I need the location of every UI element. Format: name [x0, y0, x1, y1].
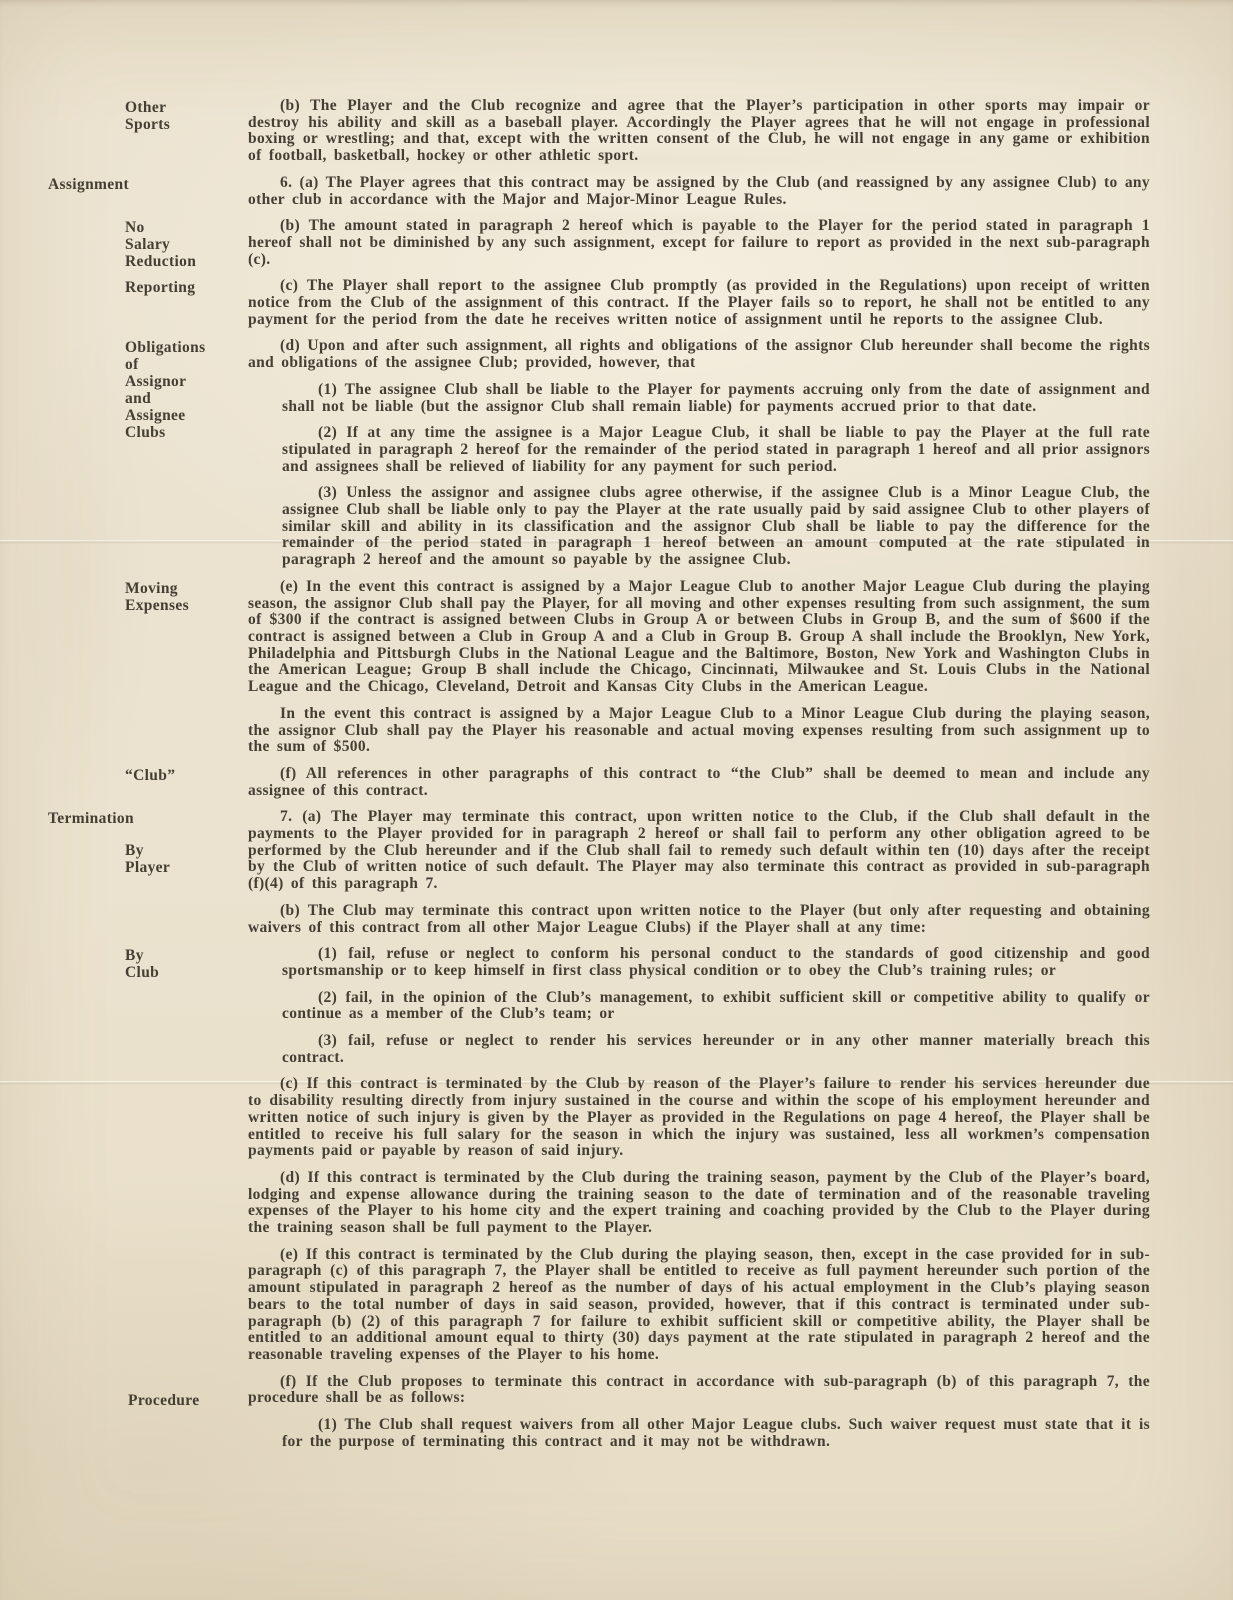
section-no-salary-reduction: No Salary Reduction (b) The amount state…	[248, 218, 1150, 268]
margin-label-obligations: Obligations of Assignor and Assignee Clu…	[125, 339, 243, 441]
paragraph-6e-minor-league: In the event this contract is assigned b…	[248, 706, 1150, 756]
section-obligations: Obligations of Assignor and Assignee Clu…	[248, 338, 1150, 568]
section-reporting: Reporting (c) The Player shall report to…	[248, 278, 1150, 328]
subparagraph-7b-1: (1) fail, refuse or neglect to conform h…	[282, 946, 1150, 979]
margin-label-moving-expenses: Moving Expenses	[125, 580, 243, 614]
section-other-sports: Other Sports (b) The Player and the Club…	[248, 98, 1150, 165]
paragraph-6c-reporting: (c) The Player shall report to the assig…	[248, 278, 1150, 328]
margin-label-by-club: By Club	[125, 947, 243, 981]
margin-label-other-sports: Other Sports	[125, 99, 243, 133]
paragraph-6e-moving-expenses: (e) In the event this contract is assign…	[248, 579, 1150, 696]
subparagraph-6d-2: (2) If at any time the assignee is a Maj…	[282, 425, 1150, 475]
margin-label-reporting: Reporting	[125, 279, 243, 296]
paragraph-7b-by-club: (b) The Club may terminate this contract…	[248, 903, 1150, 936]
margin-label-club: “Club”	[125, 767, 243, 784]
paragraph-7f-procedure: (f) If the Club proposes to terminate th…	[248, 1374, 1150, 1407]
margin-label-by-player: By Player	[125, 842, 243, 876]
paragraph-7e-playing-season: (e) If this contract is terminated by th…	[248, 1247, 1150, 1364]
section-procedure: Procedure (f) If the Club proposes to te…	[248, 1374, 1150, 1451]
section-termination-d: (d) If this contract is terminated by th…	[248, 1170, 1150, 1237]
margin-label-no-salary-reduction: No Salary Reduction	[125, 219, 243, 270]
subparagraph-7b-3: (3) fail, refuse or neglect to render hi…	[282, 1033, 1150, 1066]
paragraph-6a-assignment: 6. (a) The Player agrees that this contr…	[248, 175, 1150, 208]
section-moving-expenses: Moving Expenses (e) In the event this co…	[248, 579, 1150, 756]
section-termination-by-club: By Club (b) The Club may terminate this …	[248, 903, 1150, 1067]
margin-label-assignment: Assignment	[48, 176, 166, 193]
paragraph-7a-termination: 7. (a) The Player may terminate this con…	[248, 809, 1150, 893]
paragraph-6d-obligations: (d) Upon and after such assignment, all …	[248, 338, 1150, 371]
section-termination-by-player: Termination By Player 7. (a) The Player …	[248, 809, 1150, 893]
paragraph-other-sports-b: (b) The Player and the Club recognize an…	[248, 98, 1150, 165]
paragraph-7d-training-season: (d) If this contract is terminated by th…	[248, 1170, 1150, 1237]
subparagraph-6d-3: (3) Unless the assignor and assignee clu…	[282, 485, 1150, 569]
margin-label-termination: Termination	[48, 810, 166, 827]
subparagraph-6d-1: (1) The assignee Club shall be liable to…	[282, 382, 1150, 415]
subparagraph-7b-2: (2) fail, in the opinion of the Club’s m…	[282, 990, 1150, 1023]
subparagraph-7f-1: (1) The Club shall request waivers from …	[282, 1417, 1150, 1450]
paragraph-7c-injury: (c) If this contract is terminated by th…	[248, 1076, 1150, 1160]
paragraph-6f-club: (f) All references in other paragraphs o…	[248, 766, 1150, 799]
section-assignment: Assignment 6. (a) The Player agrees that…	[248, 175, 1150, 208]
section-termination-e: (e) If this contract is terminated by th…	[248, 1247, 1150, 1364]
section-club-definition: “Club” (f) All references in other parag…	[248, 766, 1150, 799]
paragraph-6b-no-salary-reduction: (b) The amount stated in paragraph 2 her…	[248, 218, 1150, 268]
contract-page-body: Other Sports (b) The Player and the Club…	[248, 98, 1150, 1461]
section-termination-c: (c) If this contract is terminated by th…	[248, 1076, 1150, 1160]
margin-label-procedure: Procedure	[128, 1392, 246, 1409]
